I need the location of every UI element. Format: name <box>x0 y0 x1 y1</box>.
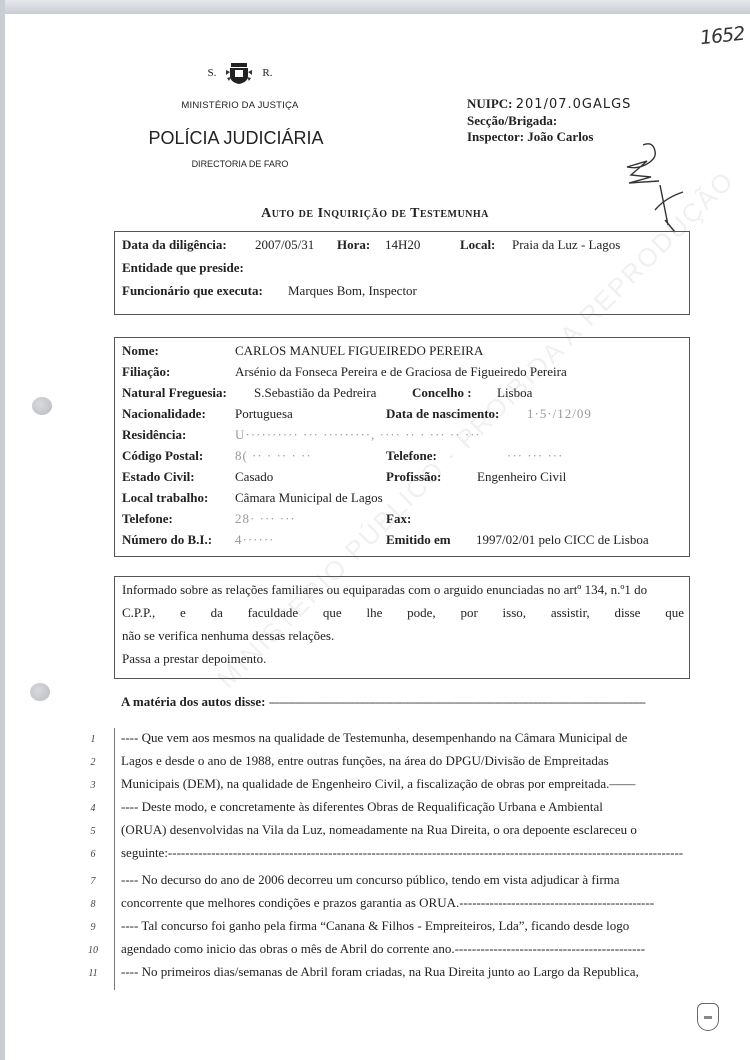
sr-right: R. <box>262 67 272 79</box>
local-label: Local: <box>460 237 495 253</box>
residencia-value-redacted: U·········· ··· ·········, ···· ·· · ···… <box>235 427 481 443</box>
bi-label: Número do B.I.: <box>122 532 212 548</box>
nuipc-row: NUIPC: 201/07.0GALGS <box>467 96 631 113</box>
profissao-label: Profissão: <box>386 469 441 485</box>
materia-heading: A matéria dos autos disse: -------------… <box>121 694 645 710</box>
line-number: 5 <box>86 826 100 837</box>
funcionario-label: Funcionário que executa: <box>122 283 263 299</box>
profissao-value: Engenheiro Civil <box>477 469 566 485</box>
testimony-line: ---- Que vem aos mesmos na qualidade de … <box>121 730 688 746</box>
materia-label: A matéria dos autos disse: <box>121 694 265 709</box>
filiacao-value: Arsénio da Fonseca Pereira e de Graciosa… <box>235 364 567 380</box>
data-label: Data da diligência: <box>122 237 227 252</box>
scan-edge-left <box>0 0 5 1060</box>
line-number: 9 <box>86 922 100 933</box>
freguesia-value: S.Sebastião da Pedreira <box>254 385 376 401</box>
informado-line-2: C.P.P., e da faculdade que lhe pode, por… <box>122 601 684 621</box>
letterhead: S. R. MINISTÉRIO DA JUSTIÇA POLÍCIA JUDI… <box>140 60 340 169</box>
estado-civil-label: Estado Civil: <box>122 469 195 485</box>
postal-label: Código Postal: <box>122 448 203 464</box>
line-number: 2 <box>86 757 100 768</box>
nascimento-value-redacted: 1·5·/12/09 <box>527 406 592 422</box>
funcionario-value: Marques Bom, Inspector <box>288 283 417 299</box>
scan-edge-top <box>0 0 750 14</box>
line-number: 4 <box>86 803 100 814</box>
nuipc-value: 201/07.0GALGS <box>516 97 632 112</box>
nuipc-label: NUIPC: <box>467 96 513 111</box>
testimony-line: ---- No primeiros dias/semanas de Abril … <box>121 964 688 980</box>
crest-line: S. R. <box>140 60 340 86</box>
testimony-line: Municipais (DEM), na qualidade de Engenh… <box>121 776 688 792</box>
nacionalidade-value: Portuguesa <box>235 406 293 422</box>
local-trabalho-value: Câmara Municipal de Lagos <box>235 490 383 506</box>
witness-box: Nome: CARLOS MANUEL FIGUEIREDO PEREIRA F… <box>114 337 690 557</box>
hora-label: Hora: <box>337 237 370 253</box>
telefone-trabalho-value-redacted: 28· ··· ··· <box>235 511 296 527</box>
coat-of-arms-icon <box>224 60 254 86</box>
telefone-value-redacted: ··· ··· ··· <box>507 448 563 464</box>
margin-rule <box>114 728 115 990</box>
agency-name: POLÍCIA JUDICIÁRIA <box>132 128 340 149</box>
inspector-label: Inspector: <box>467 129 524 144</box>
nome-label: Nome: <box>122 343 159 359</box>
testimony-line: (ORUA) desenvolvidas na Vila da Luz, nom… <box>121 822 688 838</box>
punch-hole-icon <box>32 397 52 415</box>
punch-hole-icon <box>30 683 50 701</box>
postal-value-redacted: 8( ·· · ·· · ·· <box>235 448 312 464</box>
concelho-value: Lisboa <box>497 385 532 401</box>
local-trabalho-label: Local trabalho: <box>122 490 208 506</box>
data-diligencia-row: Data da diligência: <box>122 237 227 253</box>
line-number: 7 <box>86 876 100 887</box>
line-number: 10 <box>86 945 100 956</box>
fax-label: Fax: <box>386 511 411 527</box>
telefone-trabalho-label: Telefone: <box>122 511 173 527</box>
informado-line-3: não se verifica nenhuma dessas relações. <box>122 624 684 647</box>
document-title: Auto de Inquirição de Testemunha <box>0 206 750 222</box>
residencia-label: Residência: <box>122 427 186 443</box>
line-number: 11 <box>86 968 100 979</box>
line-number: 1 <box>86 734 100 745</box>
inspector-row: Inspector: João Carlos <box>467 129 631 145</box>
diligencia-box: Data da diligência: 2007/05/31 Hora: 14H… <box>114 231 690 315</box>
inspector-value: João Carlos <box>527 129 593 144</box>
line-number: 3 <box>86 780 100 791</box>
sr-left: S. <box>208 67 217 79</box>
line-number: 6 <box>86 849 100 860</box>
directorate-name: DIRECTORIA DE FARO <box>140 159 340 169</box>
informado-box: Informado sobre as relações familiares o… <box>114 576 690 679</box>
hora-value: 14H20 <box>385 237 420 253</box>
testimony-line: ---- Tal concurso foi ganho pela firma “… <box>121 918 688 934</box>
testimony-line: agendado como inicio das obras o mês de … <box>121 941 688 957</box>
materia-dash-fill: ----------------------------------------… <box>269 694 645 709</box>
handwritten-page-number: 1652 <box>699 23 745 50</box>
emitido-label: Emitido em <box>386 532 451 548</box>
informado-line-4: Passa a prestar depoimento. <box>122 647 684 670</box>
case-info: NUIPC: 201/07.0GALGS Secção/Brigada: Ins… <box>467 96 631 145</box>
nome-value: CARLOS MANUEL FIGUEIREDO PEREIRA <box>235 343 483 359</box>
concelho-label: Concelho : <box>412 385 472 401</box>
nacionalidade-label: Nacionalidade: <box>122 406 206 422</box>
testimony-line: ---- Deste modo, e concretamente às dife… <box>121 799 688 815</box>
seccao-label: Secção/Brigada: <box>467 113 557 128</box>
freguesia-label: Natural Freguesia: <box>122 385 227 401</box>
seccao-row: Secção/Brigada: <box>467 113 631 129</box>
ministry-name: MINISTÉRIO DA JUSTIÇA <box>140 100 340 111</box>
testimony-line: Lagos e desde o ano de 1988, entre outra… <box>121 753 688 769</box>
emitido-value: 1997/02/01 pelo CICC de Lisboa <box>476 532 649 548</box>
testimony-line: ---- No decurso do ano de 2006 decorreu … <box>121 872 688 888</box>
local-value: Praia da Luz - Lagos <box>512 237 620 253</box>
testimony-line: concorrente que melhores condições e pra… <box>121 895 688 911</box>
estado-civil-value: Casado <box>235 469 273 485</box>
telefone-label: Telefone: <box>386 448 437 464</box>
line-number: 8 <box>86 899 100 910</box>
entidade-label: Entidade que preside: <box>122 260 244 276</box>
testimony-line: seguinte:-------------------------------… <box>121 845 688 861</box>
data-value: 2007/05/31 <box>255 237 314 253</box>
bi-value-redacted: 4······ <box>235 532 274 548</box>
nascimento-label: Data de nascimento: <box>386 406 499 422</box>
informado-line-1: Informado sobre as relações familiares o… <box>122 578 684 601</box>
stamp-icon <box>697 1003 719 1031</box>
filiacao-label: Filiação: <box>122 364 170 380</box>
